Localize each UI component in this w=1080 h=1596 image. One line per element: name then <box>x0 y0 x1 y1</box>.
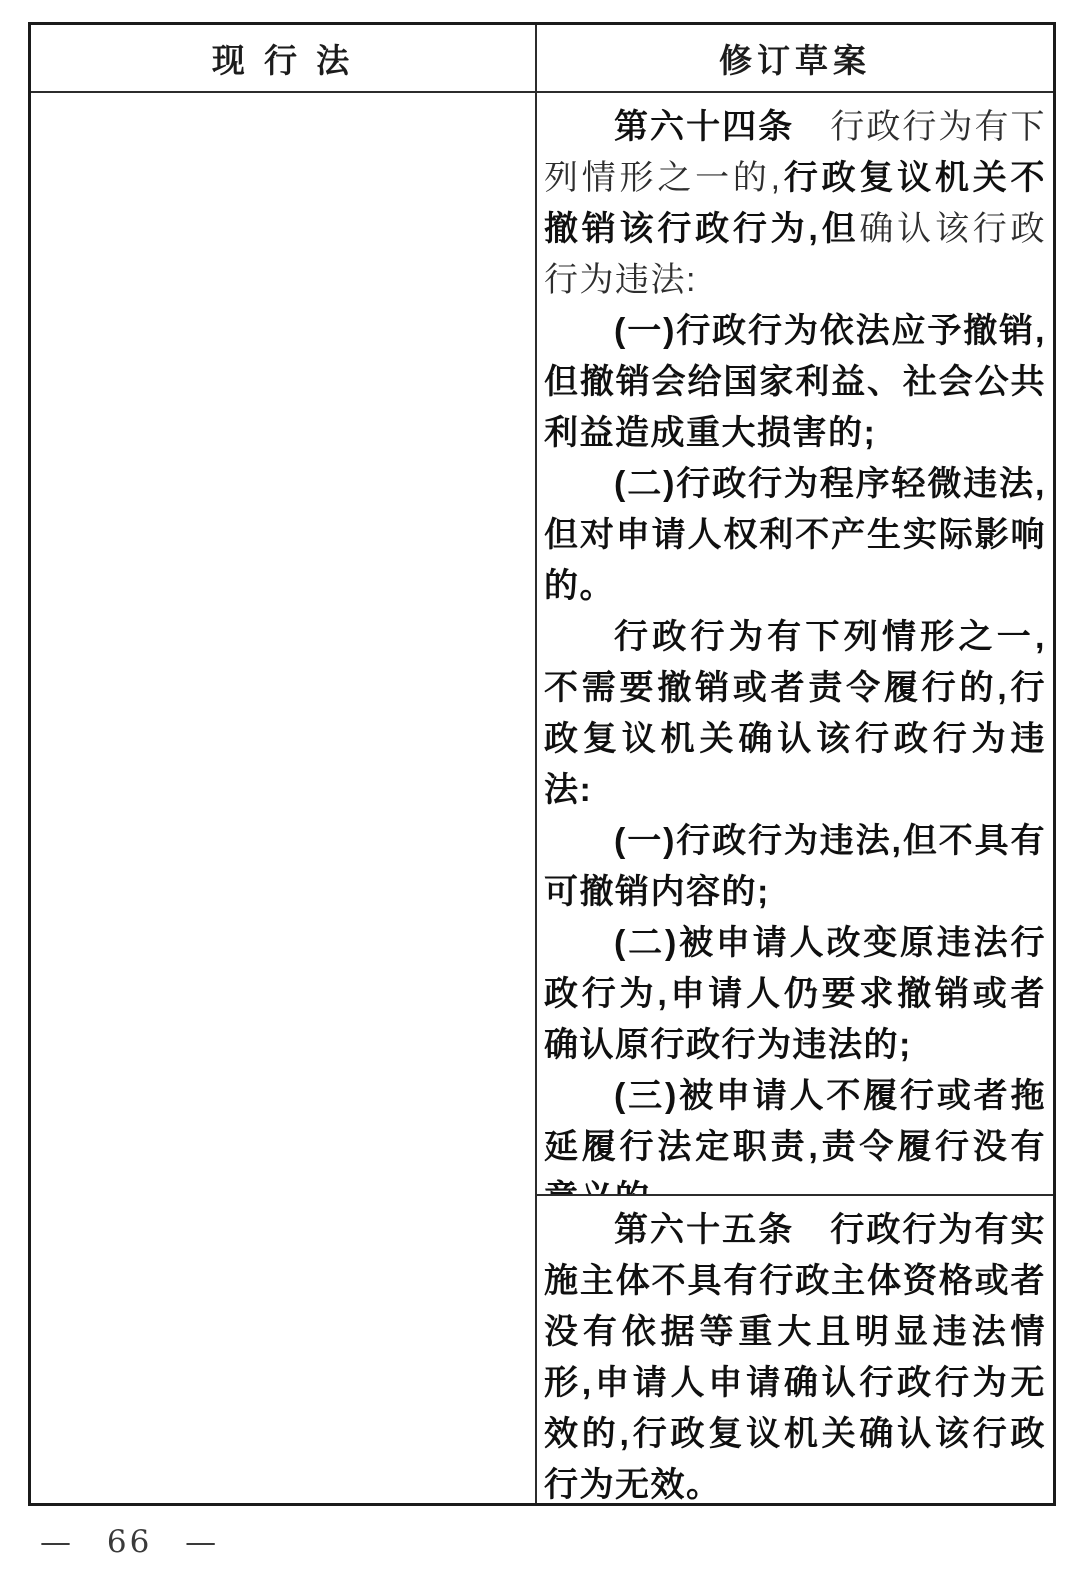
law-paragraph: (二)行政行为程序轻微违法,但对申请人权利不产生实际影响的。 <box>544 459 1046 612</box>
revised-text-run: (一)行政行为依法应予撤销,但撤销会给国家利益、社会公共利益造成重大损害的; <box>544 312 1046 452</box>
revised-text-run: 行政行为有下列情形之一,不需要撤销或者责令履行的,行政复议机关确认该行政行为违法… <box>544 618 1046 809</box>
law-paragraph: 第六十五条 行政行为有实施主体不具有行政主体资格或者没有依据等重大且明显违法情形… <box>544 1205 1046 1503</box>
current-law-column-empty-cell <box>31 93 537 1503</box>
table-header-row: 现 行 法 修订草案 <box>31 25 1053 93</box>
header-revision-draft: 修订草案 <box>537 25 1053 91</box>
revised-text-run: (一)行政行为违法,但不具有可撤销内容的; <box>544 822 1046 911</box>
page-number: — 66 — <box>40 1524 219 1560</box>
revised-text-run: 第六十五条 <box>614 1211 794 1249</box>
revised-text-run: (二)行政行为程序轻微违法,但对申请人权利不产生实际影响的。 <box>544 465 1046 605</box>
article-64-cell: 第六十四条 行政行为有下列情形之一的,行政复议机关不撤销该行政行为,但确认该行政… <box>537 93 1053 1196</box>
law-paragraph: (三)被申请人不履行或者拖延履行法定职责,责令履行没有意义的。 <box>544 1071 1046 1196</box>
article-65-cell: 第六十五条 行政行为有实施主体不具有行政主体资格或者没有依据等重大且明显违法情形… <box>537 1196 1053 1503</box>
law-paragraph: (一)行政行为依法应予撤销,但撤销会给国家利益、社会公共利益造成重大损害的; <box>544 306 1046 459</box>
law-comparison-table: 现 行 法 修订草案 第六十四条 行政行为有下列情形之一的,行政复议机关不撤销该… <box>28 22 1056 1506</box>
law-paragraph: 第六十四条 行政行为有下列情形之一的,行政复议机关不撤销该行政行为,但确认该行政… <box>544 102 1046 306</box>
law-paragraph: (二)被申请人改变原违法行政行为,申请人仍要求撤销或者确认原行政行为违法的; <box>544 918 1046 1071</box>
revised-text-run: (二)被申请人改变原违法行政行为,申请人仍要求撤销或者确认原行政行为违法的; <box>544 924 1046 1064</box>
revised-text-run: (三)被申请人不履行或者拖延履行法定职责,责令履行没有意义的。 <box>544 1077 1046 1196</box>
law-paragraph: (一)行政行为违法,但不具有可撤销内容的; <box>544 816 1046 918</box>
table-body: 第六十四条 行政行为有下列情形之一的,行政复议机关不撤销该行政行为,但确认该行政… <box>31 93 1053 1503</box>
revision-draft-column: 第六十四条 行政行为有下列情形之一的,行政复议机关不撤销该行政行为,但确认该行政… <box>537 93 1053 1503</box>
law-paragraph: 行政行为有下列情形之一,不需要撤销或者责令履行的,行政复议机关确认该行政行为违法… <box>544 612 1046 816</box>
header-current-law: 现 行 法 <box>31 25 537 91</box>
revised-text-run: 行政行为有实施主体不具有行政主体资格或者没有依据等重大且明显违法情形,申请人申请… <box>544 1211 1046 1503</box>
revised-text-run: 第六十四条 <box>614 108 794 146</box>
